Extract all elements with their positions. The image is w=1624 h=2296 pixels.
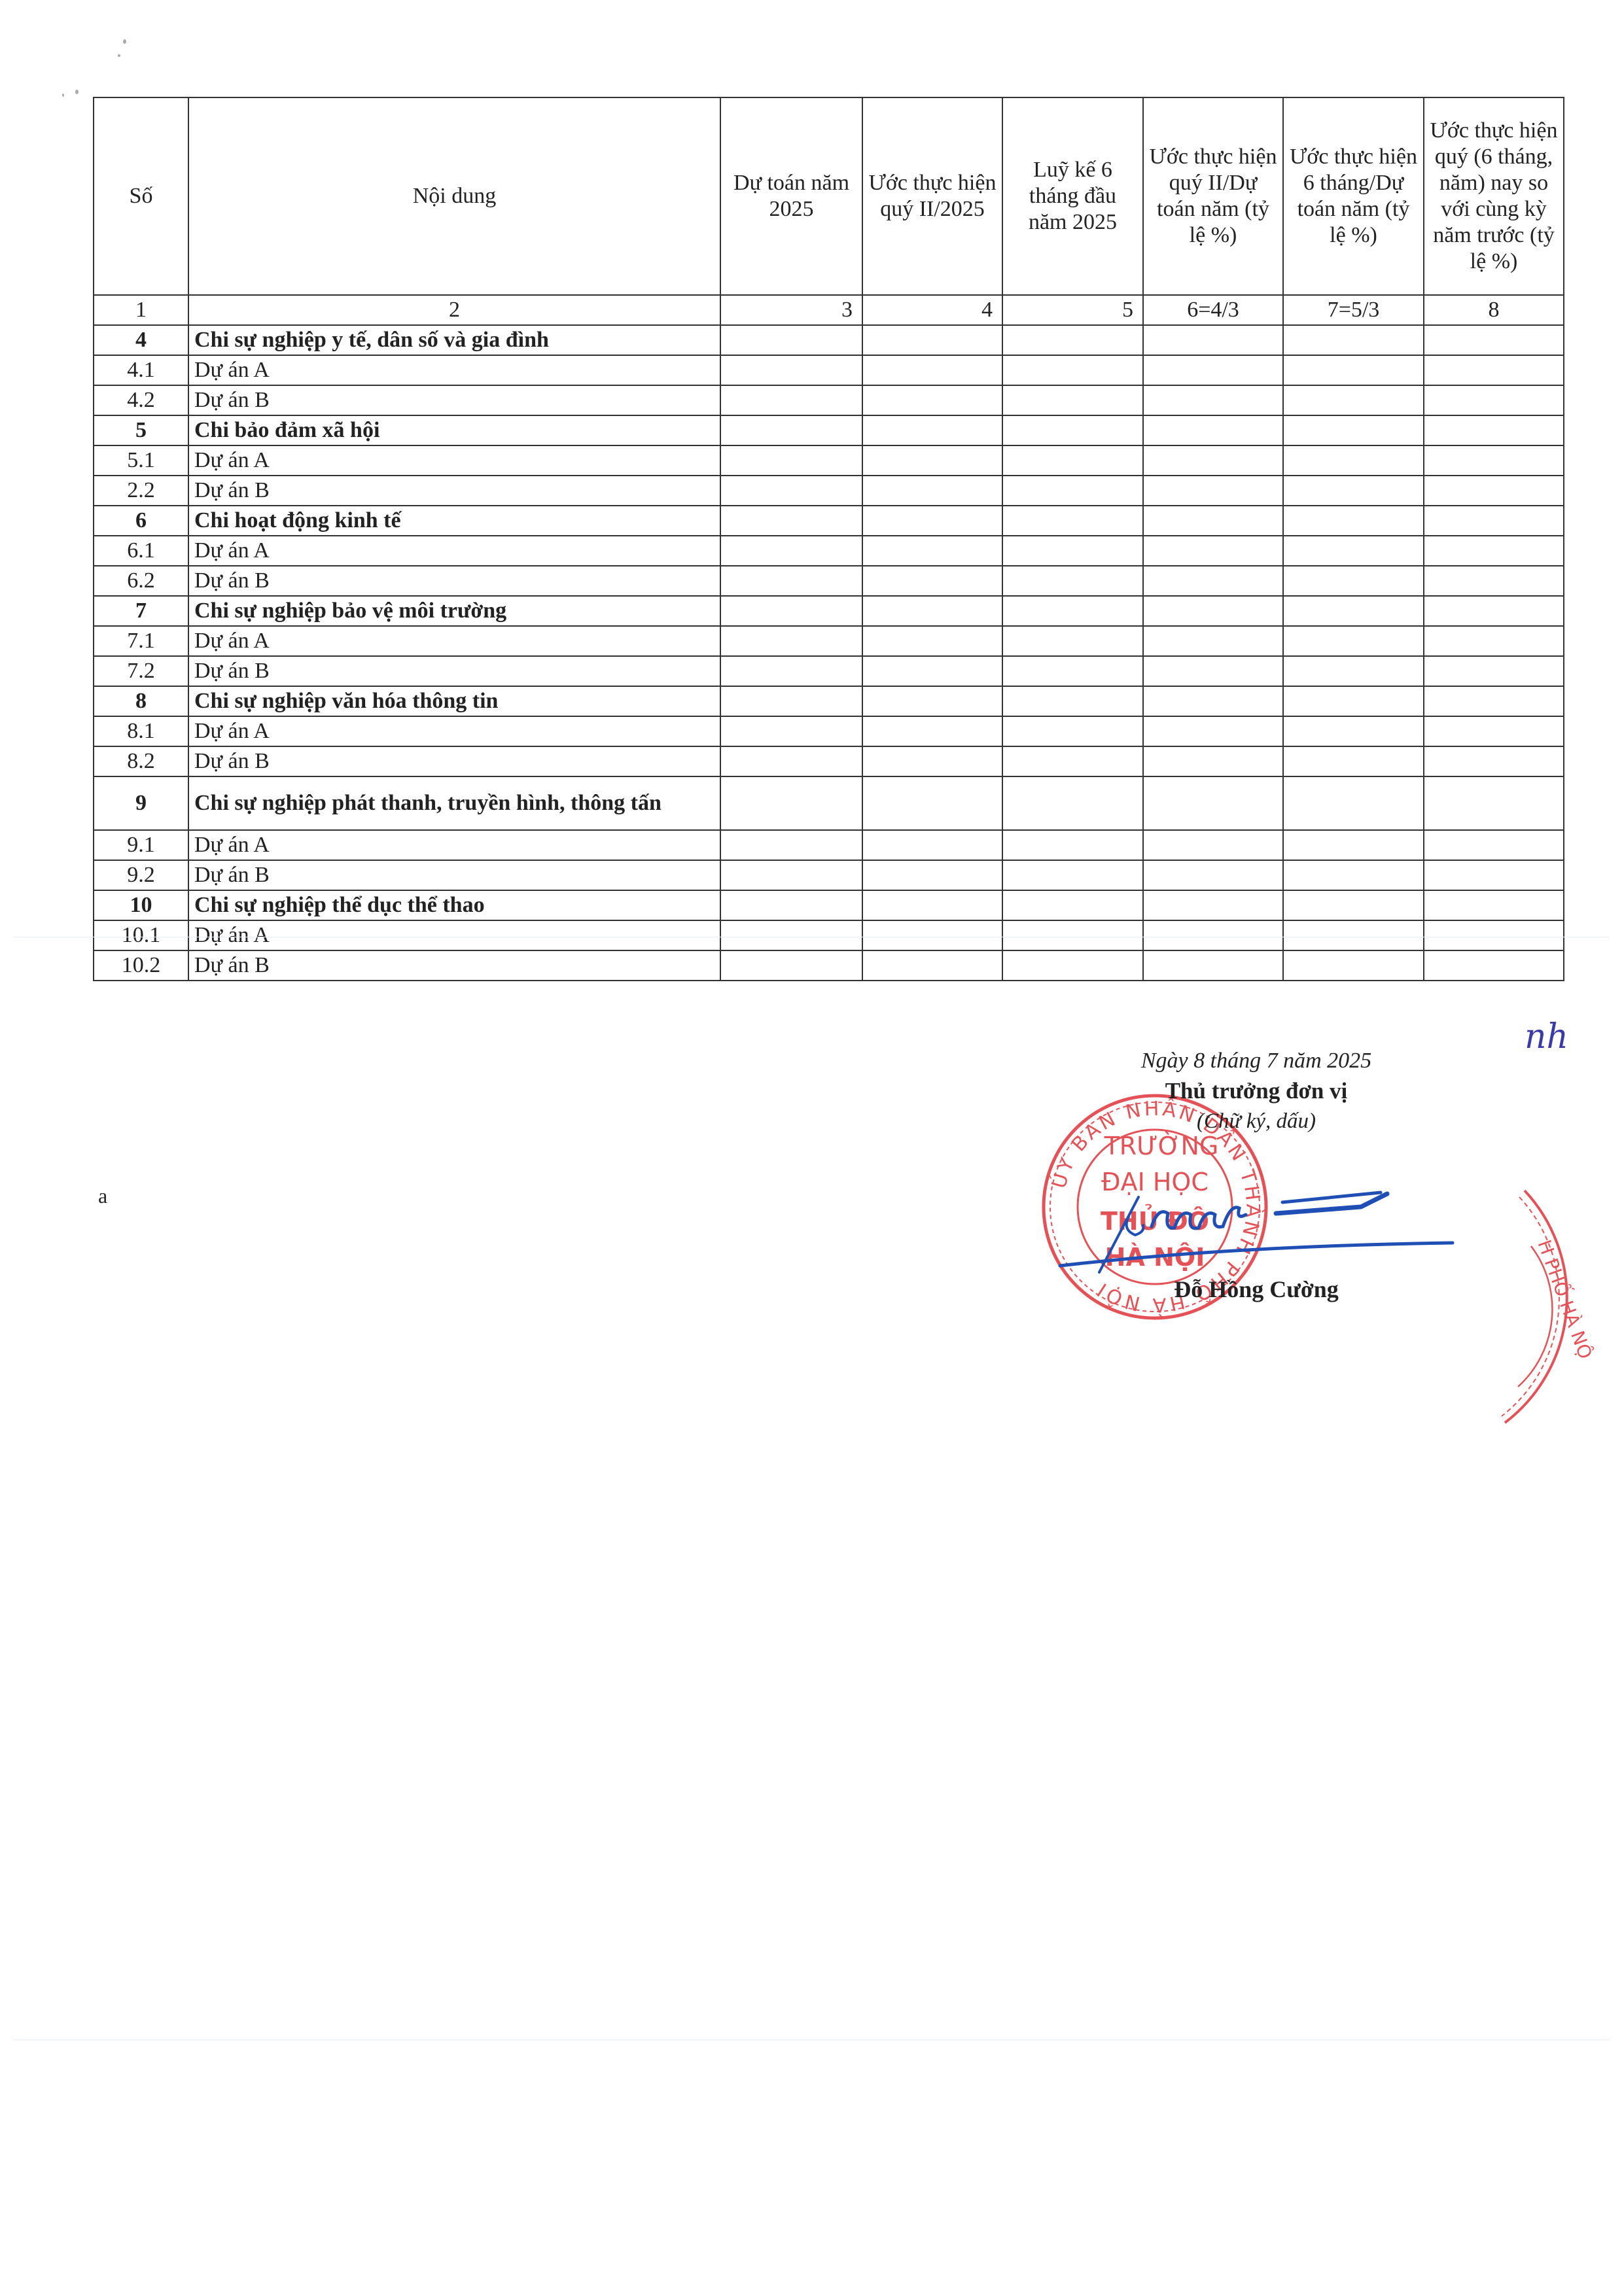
value-cell bbox=[720, 476, 862, 506]
value-cell bbox=[862, 355, 1002, 385]
value-cell bbox=[1002, 746, 1143, 776]
value-cell bbox=[862, 686, 1002, 716]
column-header: Số bbox=[94, 97, 188, 295]
value-cell bbox=[1002, 506, 1143, 536]
value-cell bbox=[720, 920, 862, 950]
row-number: 6.1 bbox=[94, 536, 188, 566]
value-cell bbox=[720, 656, 862, 686]
table-row: 7.2Dự án B bbox=[94, 656, 1564, 686]
row-number: 4.2 bbox=[94, 385, 188, 415]
value-cell bbox=[862, 476, 1002, 506]
row-content: Dự án B bbox=[188, 656, 720, 686]
column-index-cell: 6=4/3 bbox=[1143, 295, 1283, 325]
value-cell bbox=[1283, 476, 1424, 506]
value-cell bbox=[862, 536, 1002, 566]
column-index-cell: 8 bbox=[1424, 295, 1564, 325]
column-header: Ước thực hiện quý II/2025 bbox=[862, 97, 1002, 295]
stray-mark: a bbox=[98, 1184, 107, 1208]
value-cell bbox=[1143, 536, 1283, 566]
row-content: Chi sự nghiệp y tế, dân số và gia đình bbox=[188, 325, 720, 355]
row-content: Dự án A bbox=[188, 830, 720, 860]
table-row: 4.2Dự án B bbox=[94, 385, 1564, 415]
row-number: 8 bbox=[94, 686, 188, 716]
value-cell bbox=[720, 716, 862, 746]
table-row: 8.2Dự án B bbox=[94, 746, 1564, 776]
row-content: Dự án B bbox=[188, 385, 720, 415]
value-cell bbox=[1143, 415, 1283, 445]
value-cell bbox=[1143, 355, 1283, 385]
row-number: 10.2 bbox=[94, 950, 188, 981]
value-cell bbox=[1002, 355, 1143, 385]
value-cell bbox=[1424, 355, 1564, 385]
value-cell bbox=[1002, 596, 1143, 626]
value-cell bbox=[1424, 476, 1564, 506]
value-cell bbox=[1283, 506, 1424, 536]
row-number: 8.1 bbox=[94, 716, 188, 746]
value-cell bbox=[1283, 860, 1424, 890]
value-cell bbox=[1283, 890, 1424, 920]
column-index-cell: 3 bbox=[720, 295, 862, 325]
row-number: 10.1 bbox=[94, 920, 188, 950]
row-content: Chi bảo đảm xã hội bbox=[188, 415, 720, 445]
value-cell bbox=[1424, 686, 1564, 716]
value-cell bbox=[862, 325, 1002, 355]
value-cell bbox=[1143, 476, 1283, 506]
value-cell bbox=[1283, 950, 1424, 981]
row-number: 4.1 bbox=[94, 355, 188, 385]
value-cell bbox=[1143, 445, 1283, 476]
value-cell bbox=[1002, 415, 1143, 445]
table-row: 10Chi sự nghiệp thể dục thể thao bbox=[94, 890, 1564, 920]
value-cell bbox=[720, 506, 862, 536]
value-cell bbox=[1424, 506, 1564, 536]
row-content: Dự án B bbox=[188, 476, 720, 506]
svg-text:H PHỐ HÀ NỘ: H PHỐ HÀ NỘ bbox=[1533, 1236, 1598, 1362]
row-content: Dự án B bbox=[188, 566, 720, 596]
row-content: Dự án A bbox=[188, 716, 720, 746]
value-cell bbox=[1283, 656, 1424, 686]
value-cell bbox=[1283, 776, 1424, 830]
value-cell bbox=[1283, 626, 1424, 656]
table-row: 10.1Dự án A bbox=[94, 920, 1564, 950]
value-cell bbox=[1424, 746, 1564, 776]
row-content: Chi sự nghiệp bảo vệ môi trường bbox=[188, 596, 720, 626]
value-cell bbox=[1143, 830, 1283, 860]
row-number: 7 bbox=[94, 596, 188, 626]
table-row: 6.2Dự án B bbox=[94, 566, 1564, 596]
value-cell bbox=[1143, 890, 1283, 920]
column-header: Ước thực hiện quý (6 tháng, năm) nay so … bbox=[1424, 97, 1564, 295]
value-cell bbox=[1002, 776, 1143, 830]
row-content: Dự án B bbox=[188, 746, 720, 776]
column-header: Nội dung bbox=[188, 97, 720, 295]
value-cell bbox=[862, 950, 1002, 981]
value-cell bbox=[1143, 506, 1283, 536]
value-cell bbox=[1424, 716, 1564, 746]
value-cell bbox=[1143, 920, 1283, 950]
row-number: 2.2 bbox=[94, 476, 188, 506]
value-cell bbox=[1143, 686, 1283, 716]
value-cell bbox=[862, 890, 1002, 920]
value-cell bbox=[1143, 716, 1283, 746]
value-cell bbox=[1424, 776, 1564, 830]
table-row: 8.1Dự án A bbox=[94, 716, 1564, 746]
value-cell bbox=[1283, 566, 1424, 596]
value-cell bbox=[862, 716, 1002, 746]
value-cell bbox=[720, 415, 862, 445]
row-number: 6.2 bbox=[94, 566, 188, 596]
row-number: 8.2 bbox=[94, 746, 188, 776]
value-cell bbox=[1143, 566, 1283, 596]
svg-text:TRƯỜNG: TRƯỜNG bbox=[1104, 1132, 1219, 1160]
column-index-cell: 1 bbox=[94, 295, 188, 325]
value-cell bbox=[1002, 686, 1143, 716]
row-content: Dự án A bbox=[188, 536, 720, 566]
row-number: 7.1 bbox=[94, 626, 188, 656]
value-cell bbox=[862, 860, 1002, 890]
table-row: 5Chi bảo đảm xã hội bbox=[94, 415, 1564, 445]
value-cell bbox=[1424, 596, 1564, 626]
value-cell bbox=[1283, 355, 1424, 385]
value-cell bbox=[720, 776, 862, 830]
value-cell bbox=[1424, 920, 1564, 950]
row-number: 10 bbox=[94, 890, 188, 920]
table-row: 5.1Dự án A bbox=[94, 445, 1564, 476]
column-index-row: 123456=4/37=5/38 bbox=[94, 295, 1564, 325]
value-cell bbox=[720, 566, 862, 596]
value-cell bbox=[862, 506, 1002, 536]
column-index-cell: 2 bbox=[188, 295, 720, 325]
signature-note: (Chữ ký, dấu) bbox=[1060, 1107, 1453, 1136]
table-row: 8Chi sự nghiệp văn hóa thông tin bbox=[94, 686, 1564, 716]
column-header: Ước thực hiện 6 tháng/Dự toán năm (tỷ lệ… bbox=[1283, 97, 1424, 295]
signature-block: Ngày 8 tháng 7 năm 2025 Thủ trưởng đơn v… bbox=[1060, 1047, 1453, 1136]
signature-icon bbox=[1060, 1192, 1453, 1272]
value-cell bbox=[1283, 596, 1424, 626]
value-cell bbox=[862, 656, 1002, 686]
value-cell bbox=[720, 596, 862, 626]
row-content: Chi sự nghiệp văn hóa thông tin bbox=[188, 686, 720, 716]
row-number: 5 bbox=[94, 415, 188, 445]
scan-artifact-line bbox=[13, 2040, 1610, 2040]
value-cell bbox=[862, 445, 1002, 476]
value-cell bbox=[1002, 445, 1143, 476]
value-cell bbox=[1143, 656, 1283, 686]
column-header: Luỹ kế 6 tháng đầu năm 2025 bbox=[1002, 97, 1143, 295]
row-number: 5.1 bbox=[94, 445, 188, 476]
row-content: Dự án A bbox=[188, 445, 720, 476]
value-cell bbox=[862, 920, 1002, 950]
svg-text:ĐẠI HỌC: ĐẠI HỌC bbox=[1101, 1168, 1209, 1196]
value-cell bbox=[720, 950, 862, 981]
scan-artifact-line bbox=[13, 937, 1610, 937]
value-cell bbox=[1283, 385, 1424, 415]
row-number: 4 bbox=[94, 325, 188, 355]
table-row: 6.1Dự án A bbox=[94, 536, 1564, 566]
column-index-cell: 4 bbox=[862, 295, 1002, 325]
value-cell bbox=[1143, 950, 1283, 981]
value-cell bbox=[1002, 716, 1143, 746]
value-cell bbox=[1002, 626, 1143, 656]
partial-stamp-icon: H PHỐ HÀ NỘ bbox=[1502, 1191, 1598, 1423]
value-cell bbox=[1424, 566, 1564, 596]
row-number: 9.2 bbox=[94, 860, 188, 890]
handwritten-initials: nh bbox=[1525, 1017, 1568, 1056]
table-row: 9.2Dự án B bbox=[94, 860, 1564, 890]
value-cell bbox=[1002, 860, 1143, 890]
value-cell bbox=[1002, 566, 1143, 596]
value-cell bbox=[1283, 686, 1424, 716]
value-cell bbox=[720, 445, 862, 476]
value-cell bbox=[862, 776, 1002, 830]
row-content: Dự án A bbox=[188, 355, 720, 385]
value-cell bbox=[720, 830, 862, 860]
value-cell bbox=[1283, 920, 1424, 950]
value-cell bbox=[1283, 716, 1424, 746]
budget-report-table: SốNội dungDự toán năm 2025Ước thực hiện … bbox=[93, 97, 1564, 981]
value-cell bbox=[1143, 860, 1283, 890]
value-cell bbox=[1143, 626, 1283, 656]
value-cell bbox=[1143, 385, 1283, 415]
column-header: Ước thực hiện quý II/Dự toán năm (tỷ lệ … bbox=[1143, 97, 1283, 295]
value-cell bbox=[862, 385, 1002, 415]
row-content: Dự án A bbox=[188, 920, 720, 950]
row-content: Chi sự nghiệp phát thanh, truyền hình, t… bbox=[188, 776, 720, 830]
row-number: 9 bbox=[94, 776, 188, 830]
value-cell bbox=[720, 385, 862, 415]
value-cell bbox=[1283, 445, 1424, 476]
value-cell bbox=[1424, 860, 1564, 890]
value-cell bbox=[862, 626, 1002, 656]
svg-text:THỦ ĐÔ: THỦ ĐÔ bbox=[1101, 1204, 1209, 1236]
table-row: 9.1Dự án A bbox=[94, 830, 1564, 860]
row-content: Dự án B bbox=[188, 950, 720, 981]
value-cell bbox=[720, 536, 862, 566]
column-index-cell: 7=5/3 bbox=[1283, 295, 1424, 325]
value-cell bbox=[720, 890, 862, 920]
table-row: 9Chi sự nghiệp phát thanh, truyền hình, … bbox=[94, 776, 1564, 830]
table-row: 10.2Dự án B bbox=[94, 950, 1564, 981]
value-cell bbox=[862, 566, 1002, 596]
value-cell bbox=[1143, 776, 1283, 830]
value-cell bbox=[1002, 325, 1143, 355]
row-content: Chi sự nghiệp thể dục thể thao bbox=[188, 890, 720, 920]
value-cell bbox=[1424, 656, 1564, 686]
table-row: 4Chi sự nghiệp y tế, dân số và gia đình bbox=[94, 325, 1564, 355]
value-cell bbox=[720, 355, 862, 385]
row-number: 6 bbox=[94, 506, 188, 536]
value-cell bbox=[1002, 830, 1143, 860]
value-cell bbox=[720, 860, 862, 890]
value-cell bbox=[1424, 536, 1564, 566]
value-cell bbox=[1283, 830, 1424, 860]
value-cell bbox=[1283, 325, 1424, 355]
row-content: Chi hoạt động kinh tế bbox=[188, 506, 720, 536]
value-cell bbox=[1424, 626, 1564, 656]
value-cell bbox=[1143, 746, 1283, 776]
signer-name: Đỗ Hồng Cường bbox=[1060, 1276, 1453, 1303]
header-row: SốNội dungDự toán năm 2025Ước thực hiện … bbox=[94, 97, 1564, 295]
value-cell bbox=[1424, 385, 1564, 415]
value-cell bbox=[1424, 415, 1564, 445]
value-cell bbox=[1424, 445, 1564, 476]
value-cell bbox=[1002, 536, 1143, 566]
column-header: Dự toán năm 2025 bbox=[720, 97, 862, 295]
value-cell bbox=[1002, 920, 1143, 950]
value-cell bbox=[1424, 830, 1564, 860]
value-cell bbox=[1002, 890, 1143, 920]
row-number: 9.1 bbox=[94, 830, 188, 860]
signer-role: Thủ trưởng đơn vị bbox=[1060, 1075, 1453, 1107]
value-cell bbox=[1424, 950, 1564, 981]
value-cell bbox=[1002, 656, 1143, 686]
table-row: 2.2Dự án B bbox=[94, 476, 1564, 506]
value-cell bbox=[1424, 890, 1564, 920]
value-cell bbox=[720, 325, 862, 355]
value-cell bbox=[1002, 950, 1143, 981]
row-content: Dự án B bbox=[188, 860, 720, 890]
column-index-cell: 5 bbox=[1002, 295, 1143, 325]
table-row: 7.1Dự án A bbox=[94, 626, 1564, 656]
value-cell bbox=[862, 596, 1002, 626]
value-cell bbox=[1143, 596, 1283, 626]
signature-date: Ngày 8 tháng 7 năm 2025 bbox=[1060, 1047, 1453, 1075]
value-cell bbox=[1283, 536, 1424, 566]
table-row: 7Chi sự nghiệp bảo vệ môi trường bbox=[94, 596, 1564, 626]
value-cell bbox=[1283, 415, 1424, 445]
value-cell bbox=[862, 746, 1002, 776]
value-cell bbox=[1283, 746, 1424, 776]
table-row: 6Chi hoạt động kinh tế bbox=[94, 506, 1564, 536]
value-cell bbox=[1002, 476, 1143, 506]
value-cell bbox=[720, 686, 862, 716]
value-cell bbox=[862, 415, 1002, 445]
value-cell bbox=[720, 626, 862, 656]
table-row: 4.1Dự án A bbox=[94, 355, 1564, 385]
svg-text:HÀ NỘI: HÀ NỘI bbox=[1105, 1243, 1205, 1272]
row-content: Dự án A bbox=[188, 626, 720, 656]
value-cell bbox=[1143, 325, 1283, 355]
value-cell bbox=[1002, 385, 1143, 415]
value-cell bbox=[720, 746, 862, 776]
value-cell bbox=[862, 830, 1002, 860]
value-cell bbox=[1424, 325, 1564, 355]
row-number: 7.2 bbox=[94, 656, 188, 686]
